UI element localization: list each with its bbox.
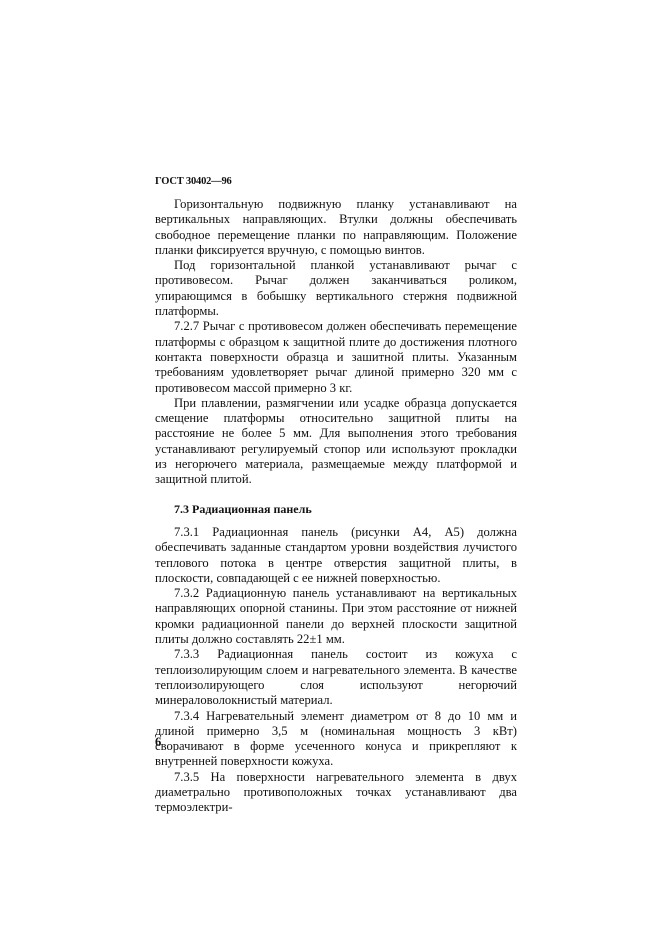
paragraph: Горизонтальную подвижную планку устанавл… (155, 197, 517, 258)
paragraph: 7.3.1 Радиационная панель (рисунки А4, А… (155, 525, 517, 586)
paragraph: 7.3.2 Радиационную панель устанавливают … (155, 586, 517, 647)
paragraph: 7.3.3 Радиационная панель состоит из кож… (155, 647, 517, 708)
page-number: 6 (155, 735, 161, 750)
document-body: Горизонтальную подвижную планку устанавл… (155, 197, 517, 816)
paragraph: 7.2.7 Рычаг с противовесом должен обеспе… (155, 319, 517, 395)
paragraph: 7.3.5 На поверхности нагревательного эле… (155, 770, 517, 816)
paragraph: Под горизонтальной планкой устанавливают… (155, 258, 517, 319)
paragraph: При плавлении, размягчении или усадке об… (155, 396, 517, 488)
document-header: ГОСТ 30402—96 (155, 176, 232, 187)
document-page: ГОСТ 30402—96 Горизонтальную подвижную п… (0, 0, 661, 935)
paragraph: 7.3.4 Нагревательный элемент диаметром о… (155, 709, 517, 770)
section-title: 7.3 Радиационная панель (155, 502, 517, 517)
